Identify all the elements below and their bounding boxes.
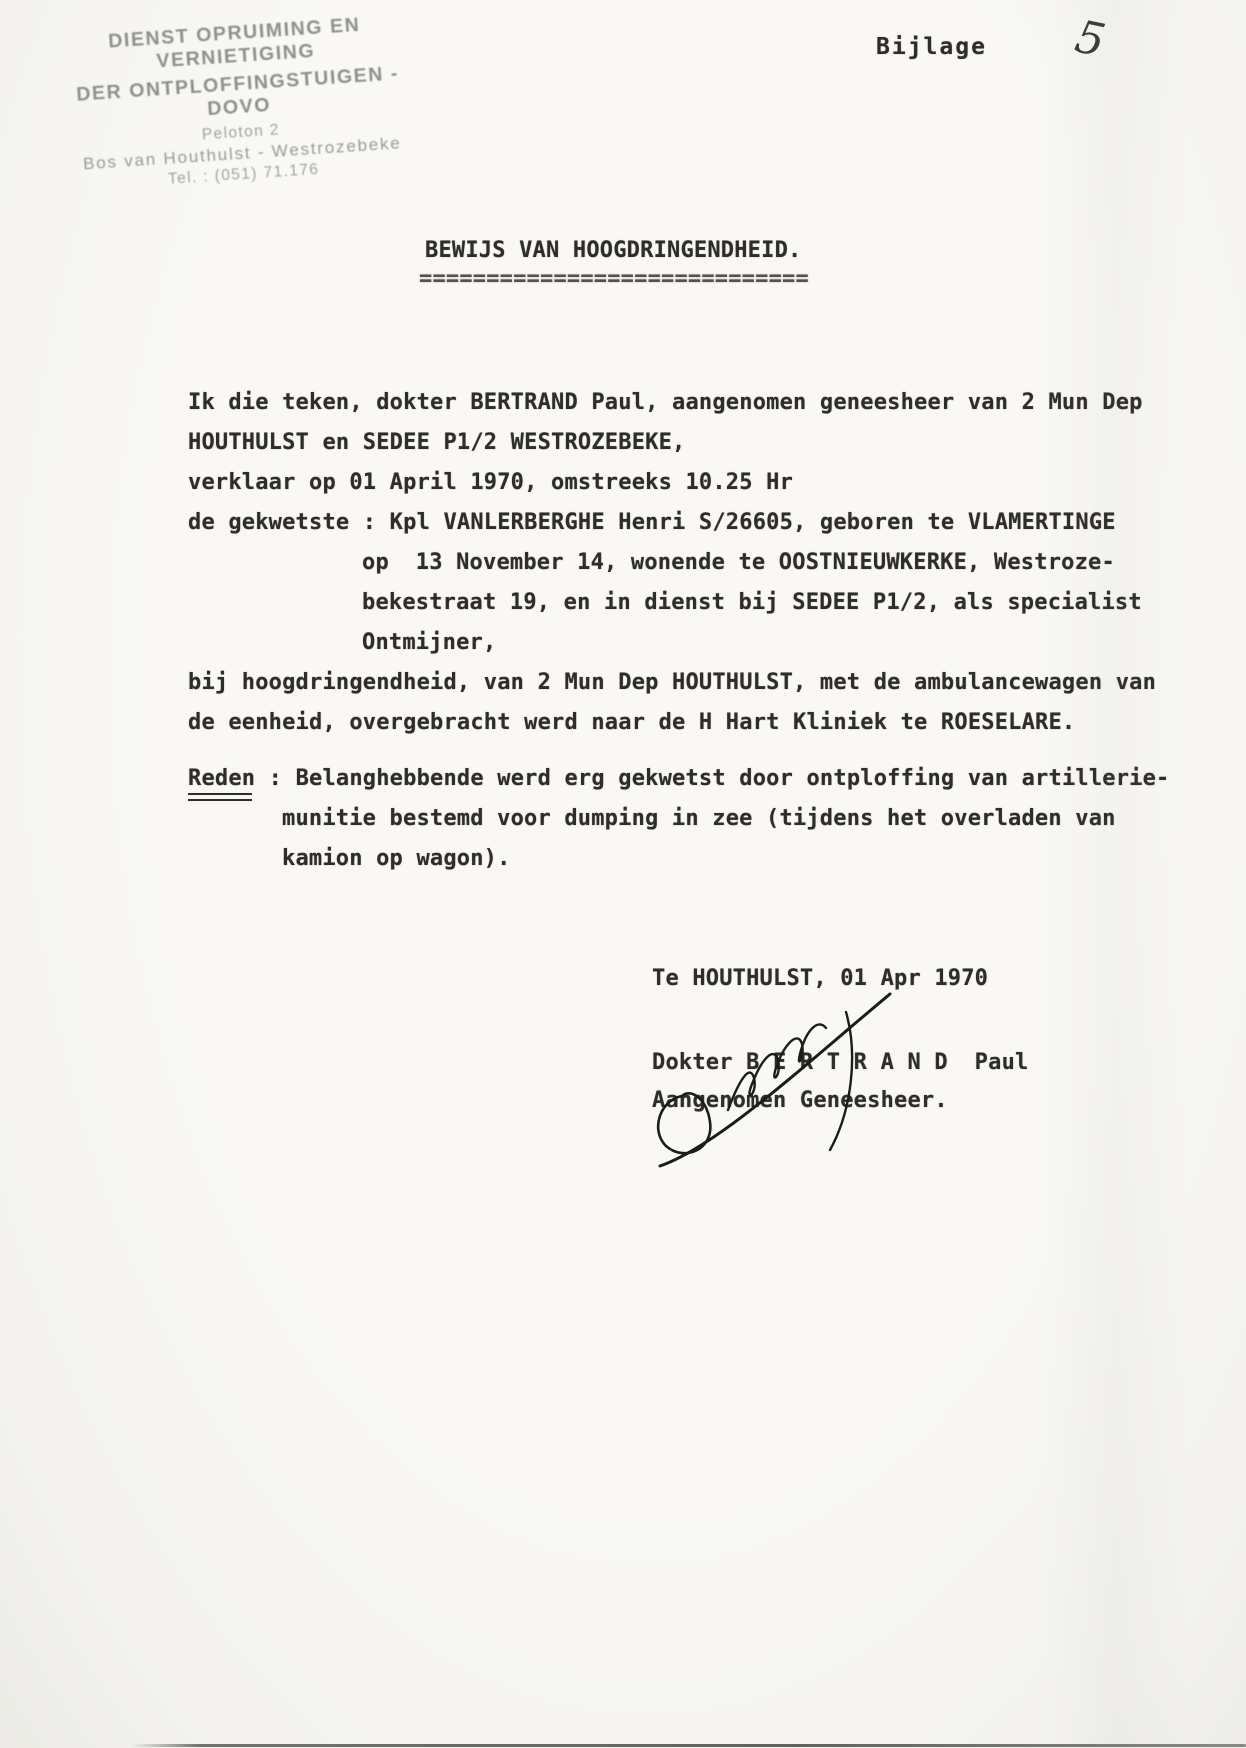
reason-text: : Belanghebbende werd erg gekwetst door …	[255, 766, 1169, 791]
body-line: Ik die teken, dokter BERTRAND Paul, aang…	[188, 390, 1143, 416]
body-line-indented: op 13 November 14, wonende te OOSTNIEUWK…	[362, 550, 1115, 576]
reason-line-indented: munitie bestemd voor dumping in zee (tij…	[282, 806, 1116, 832]
scanned-document-page: DIENST OPRUIMING EN VERNIETIGING DER ONT…	[0, 0, 1246, 1748]
unit-stamp: DIENST OPRUIMING EN VERNIETIGING DER ONT…	[41, 9, 437, 198]
reason-line: Reden : Belanghebbende werd erg gekwetst…	[188, 766, 1170, 792]
annex-label: Bijlage	[876, 34, 987, 60]
body-line: HOUTHULST en SEDEE P1/2 WESTROZEBEKE,	[188, 430, 685, 456]
body-line-indented: bekestraat 19, en in dienst bij SEDEE P1…	[362, 590, 1142, 616]
body-line: verklaar op 01 April 1970, omstreeks 10.…	[188, 470, 793, 496]
body-line: de gekwetste : Kpl VANLERBERGHE Henri S/…	[188, 510, 1116, 536]
signature-ink	[648, 984, 898, 1176]
scan-streak-artifact	[1040, 0, 1190, 1748]
title-underline: =============================	[419, 266, 809, 292]
scan-bottom-edge-artifact	[132, 1744, 1246, 1747]
document-title: BEWIJS VAN HOOGDRINGENDHEID.	[425, 238, 801, 264]
body-line: de eenheid, overgebracht werd naar de H …	[188, 710, 1075, 736]
body-line: bij hoogdringendheid, van 2 Mun Dep HOUT…	[188, 670, 1156, 696]
body-line-indented: Ontmijner,	[362, 630, 496, 656]
annex-number-handwritten: 5	[1071, 10, 1110, 68]
reason-label: Reden	[188, 766, 255, 792]
reason-line-indented: kamion op wagon).	[282, 846, 511, 872]
